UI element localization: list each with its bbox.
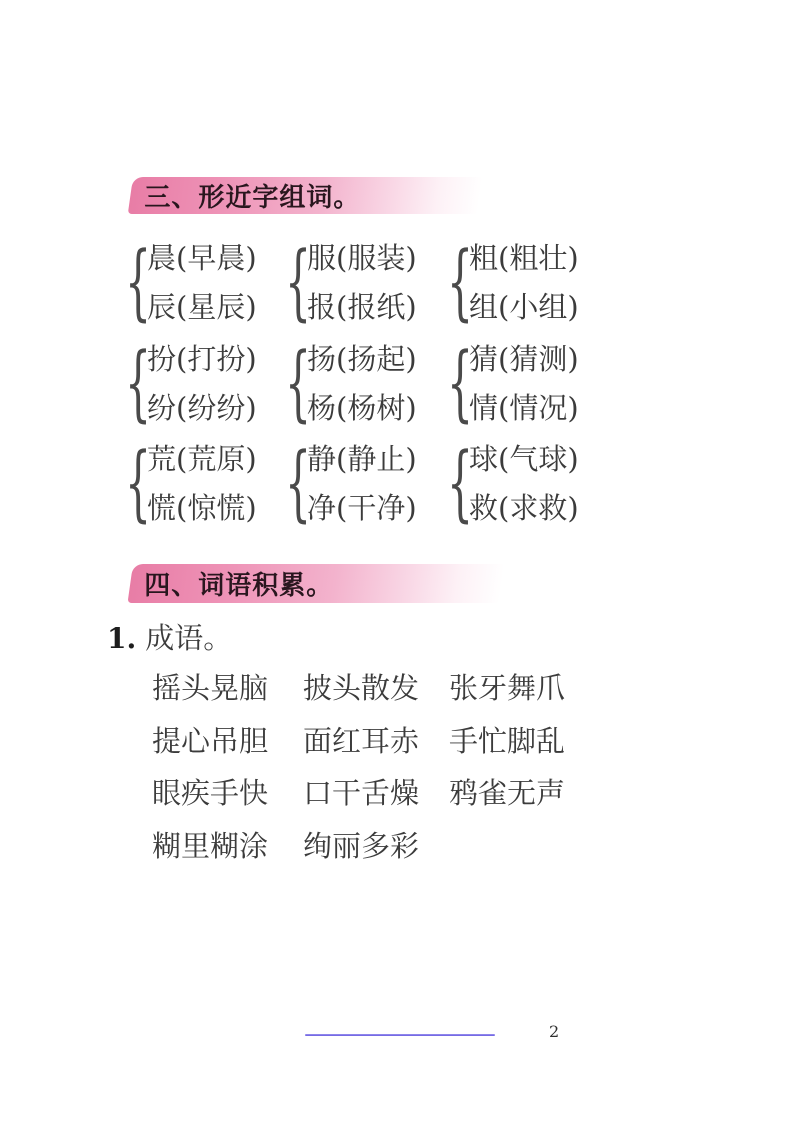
curly-brace-glyph: {: [285, 234, 297, 332]
similar-chars-group: { 猜(猜测) 情(情况): [447, 335, 579, 433]
word-pair-top: 猜(猜测): [469, 335, 579, 384]
word-pair-top: 荒(荒原): [147, 435, 257, 484]
idiom-item: 摇头晃脑: [152, 666, 303, 719]
page-number: 2: [549, 1022, 559, 1041]
word-pair-top: 晨(早晨): [147, 234, 257, 283]
subitem-title: 成语。: [145, 616, 232, 657]
idiom-item: 面红耳赤: [303, 719, 449, 772]
curly-brace-glyph: {: [285, 435, 297, 533]
curly-brace-glyph: {: [285, 335, 297, 433]
idiom-list: 摇头晃脑 披头散发 张牙舞爪 提心吊胆 面红耳赤 手忙脚乱 眼疾手快 口干舌燥 …: [152, 666, 565, 876]
section4-header-banner: 四、词语积累。: [128, 564, 505, 603]
worksheet-page: 三、形近字组词。 { 晨(早晨) 辰(星辰) { 服(服装) 报(报纸) { 粗…: [0, 0, 794, 1122]
idiom-item: 张牙舞爪: [449, 666, 565, 719]
similar-chars-group: { 荒(荒原) 慌(惊慌): [125, 435, 285, 533]
similar-chars-group: { 服(服装) 报(报纸): [285, 234, 447, 332]
similar-chars-group: { 扬(扬起) 杨(杨树): [285, 335, 447, 433]
word-pair-top: 服(服装): [307, 234, 417, 283]
curly-brace-glyph: {: [447, 435, 459, 533]
similar-chars-group: { 扮(打扮) 纷(纷纷): [125, 335, 285, 433]
word-pair-bottom: 净(干净): [307, 484, 417, 533]
footer-divider-line: [305, 1034, 495, 1036]
word-pair-top: 扮(打扮): [147, 335, 257, 384]
curly-brace-glyph: {: [125, 335, 137, 433]
similar-chars-group: { 晨(早晨) 辰(星辰): [125, 234, 285, 332]
word-pair-bottom: 组(小组): [469, 283, 579, 332]
similar-chars-group: { 静(静止) 净(干净): [285, 435, 447, 533]
idiom-item: 糊里糊涂: [152, 824, 303, 877]
curly-brace-glyph: {: [125, 234, 137, 332]
word-pair-bottom: 慌(惊慌): [147, 484, 257, 533]
word-pair-top: 粗(粗壮): [469, 234, 579, 283]
section3-header-title: 三、形近字组词。: [130, 177, 360, 214]
similar-chars-group: { 粗(粗壮) 组(小组): [447, 234, 579, 332]
word-pair-bottom: 杨(杨树): [307, 384, 417, 433]
idiom-item: 绚丽多彩: [303, 824, 449, 877]
word-pair-top: 扬(扬起): [307, 335, 417, 384]
idiom-item: 口干舌燥: [303, 771, 449, 824]
subitem-number: 1.: [107, 622, 136, 655]
idiom-item: 披头散发: [303, 666, 449, 719]
section3-header-banner: 三、形近字组词。: [128, 177, 483, 214]
word-pair-bottom: 纷(纷纷): [147, 384, 257, 433]
idiom-item: 提心吊胆: [152, 719, 303, 772]
curly-brace-glyph: {: [447, 335, 459, 433]
word-pair-bottom: 报(报纸): [307, 283, 417, 332]
section4-header-title: 四、词语积累。: [130, 565, 333, 602]
word-pair-bottom: 辰(星辰): [147, 283, 257, 332]
idiom-item: 眼疾手快: [152, 771, 303, 824]
word-pair-top: 静(静止): [307, 435, 417, 484]
idiom-item: 鸦雀无声: [449, 771, 565, 824]
subitem-idioms-heading: 1. 成语。: [107, 616, 232, 657]
word-pair-top: 球(气球): [469, 435, 579, 484]
word-pair-bottom: 情(情况): [469, 384, 579, 433]
curly-brace-glyph: {: [447, 234, 459, 332]
word-pair-bottom: 救(求救): [469, 484, 579, 533]
idiom-item: 手忙脚乱: [449, 719, 565, 772]
similar-chars-group: { 球(气球) 救(求救): [447, 435, 579, 533]
similar-chars-grid: { 晨(早晨) 辰(星辰) { 服(服装) 报(报纸) { 粗(粗壮) 组(小组…: [125, 234, 579, 536]
curly-brace-glyph: {: [125, 435, 137, 533]
